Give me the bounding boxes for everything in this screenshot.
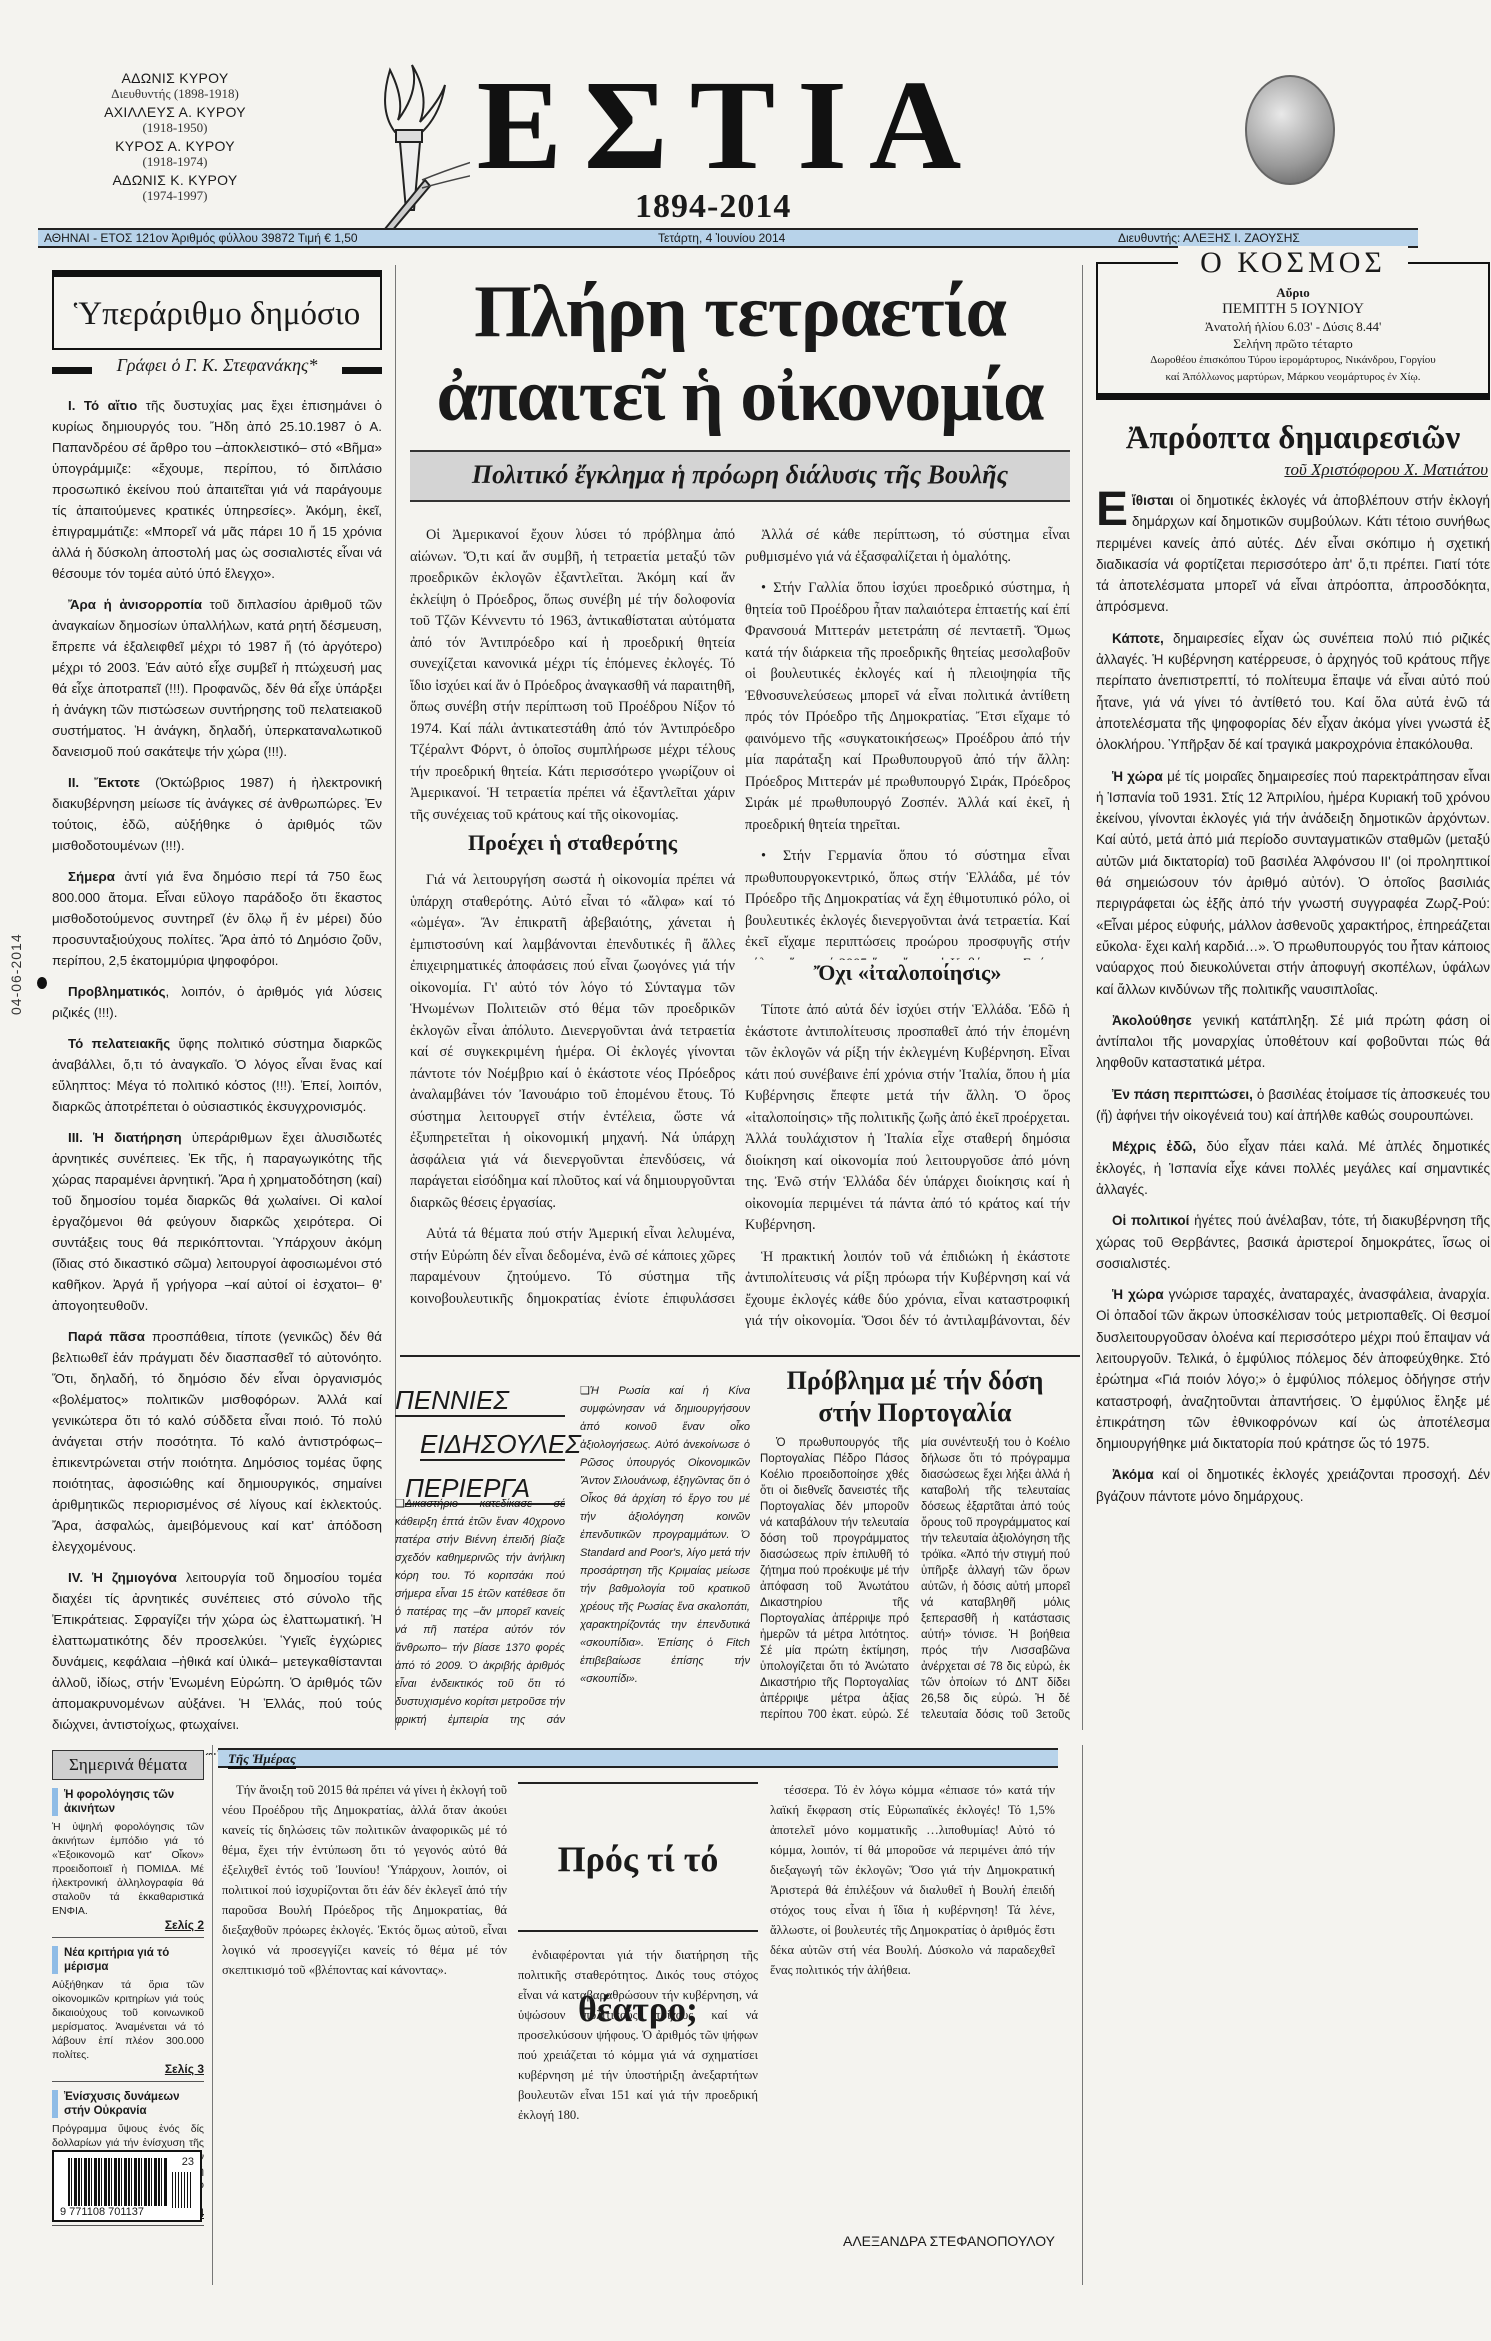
pennies-item-2: Ἡ Ρωσία καί ἡ Κίνα συμφώνησαν νά δημιουρ… bbox=[580, 1382, 750, 1732]
cosmos-line: καί Ἀπόλλωνος μαρτύρων, Μάρκου νεομάρτυρ… bbox=[1098, 369, 1488, 386]
paragraph: Ἡ πρακτική λοιπόν τοῦ νά ἐπιδιώκη ἡ ἑκάσ… bbox=[745, 1247, 1070, 1336]
paragraph: Παρά πᾶσα προσπάθεια, τίποτε (γενικῶς) δ… bbox=[52, 1326, 382, 1557]
barcode-bars-icon bbox=[68, 2158, 168, 2206]
founder-role: (1974-1997) bbox=[60, 188, 290, 204]
topic-item[interactable]: Ἡ φορολόγησις τῶν ἀκινήτων Ἡ ὑψηλή φορολ… bbox=[52, 1788, 204, 1938]
lead-col2: Ἀλλά σέ κάθε περίπτωση, τό σύστημα εἶναι… bbox=[745, 525, 1070, 960]
paragraph: Ἡ χώρα μέ τίς μοιραῖες δημαιρεσίες πού π… bbox=[1096, 766, 1490, 1000]
cosmos-line: Δωροθέου ἐπισκόπου Τύρου ἱερομάρτυρος, Ν… bbox=[1098, 352, 1488, 369]
issue-info: ΑΘΗΝΑΙ - ΕΤΟΣ 121ον Ἀριθμός φύλλου 39872… bbox=[44, 230, 358, 246]
lead-col2b: Τίποτε ἀπό αὐτά δέν ἰσχύει στήν Ἑλλάδα. … bbox=[745, 1000, 1070, 1335]
portugal-headline: Πρόβλημα μέ τήν δόση στήν Πορτογαλία bbox=[760, 1365, 1070, 1429]
paragraph: Οἱ Ἀμερικανοί ἔχουν λύσει τό πρόβλημα ἀπ… bbox=[410, 525, 735, 826]
column-divider bbox=[1082, 1745, 1083, 2285]
lead-col1b: Γιά νά λειτουργήση σωστά ἡ οἰκονομία πρέ… bbox=[410, 870, 735, 1310]
cosmos-line: ΠΕΜΠΤΗ 5 ΙΟΥΝΙΟΥ bbox=[1098, 301, 1488, 318]
paragraph: Ἀκολούθησε γενική κατάπληξη. Σέ μιά πρώτ… bbox=[1096, 1010, 1490, 1074]
founder-name: ΚΥΡΟΣ Α. ΚΥΡΟΥ bbox=[60, 138, 290, 154]
tis-imeras-bar: Τῆς Ἡμέρας bbox=[218, 1748, 1058, 1768]
founder-name: ΑΔΩΝΙΣ Κ. ΚΥΡΟΥ bbox=[60, 172, 290, 188]
lead-subheadline: Πολιτικό ἔγκλημα ἡ πρόωρη διάλυσις τῆς Β… bbox=[410, 450, 1070, 502]
paragraph: Ἐν πάση περιπτώσει, ὁ βασιλέας ἑτοίμασε … bbox=[1096, 1084, 1490, 1127]
founder-name: ΑΧΙΛΛΕΥΣ Α. ΚΥΡΟΥ bbox=[60, 104, 290, 120]
opinion-title-box: Ὑπεράριθμο δημόσιο bbox=[52, 270, 382, 350]
newspaper-title: ΕΣΤΙΑ bbox=[410, 60, 1050, 190]
paragraph: II. Ἔκτοτε (Ὀκτώβριος 1987) ἡ ἠλεκτρονικ… bbox=[52, 772, 382, 856]
paragraph: Γιά νά λειτουργήση σωστά ἡ οἰκονομία πρέ… bbox=[410, 870, 735, 1214]
right-article-byline: τοῦ Χριστόφορου Χ. Ματιάτου bbox=[1170, 460, 1488, 480]
byline-bar-right bbox=[342, 367, 382, 374]
portugal-body: Ὁ πρωθυπουργός τῆς Πορτογαλίας Πέδρο Πάσ… bbox=[760, 1435, 1070, 1730]
barcode-addon-icon bbox=[172, 2172, 192, 2208]
masthead-info-bar: ΑΘΗΝΑΙ - ΕΤΟΣ 121ον Ἀριθμός φύλλου 39872… bbox=[38, 228, 1418, 248]
paragraph: Εἴθισται οἱ δημοτικές ἐκλογές νά ἀποβλέπ… bbox=[1096, 490, 1490, 618]
paragraph: Αὐτά τά θέματα πού στήν Ἀμερική εἶναι λε… bbox=[410, 1224, 735, 1310]
paragraph: Ἡ χώρα γνώρισε ταραχές, ἀναταραχές, ἀνασ… bbox=[1096, 1284, 1490, 1454]
tis-imeras-headline-box: Πρός τί τό θέατρο; bbox=[518, 1782, 758, 1932]
cosmos-line: Ἀνατολή ἡλίου 6.03' - Δύσις 8.44' bbox=[1098, 318, 1488, 335]
todays-topics-header: Σημερινά θέματα bbox=[52, 1750, 204, 1780]
right-article-title: Ἀπρόοπτα δημαιρεσιῶν bbox=[1096, 420, 1490, 457]
tis-imeras-label: Τῆς Ἡμέρας bbox=[228, 1751, 296, 1769]
opinion-author: Γράφει ὁ Γ. Κ. Στεφανάκης* bbox=[117, 355, 318, 375]
tis-imeras-signature: ΑΛΕΞΑΝΔΡΑ ΣΤΕΦΑΝΟΠΟΥΛΟΥ bbox=[775, 2233, 1055, 2249]
paragraph: IV. Ἡ ζημιογόνα λειτουργία τοῦ δημοσίου … bbox=[52, 1567, 382, 1735]
founder-name: ΑΔΩΝΙΣ ΚΥΡΟΥ bbox=[60, 70, 290, 86]
barcode: 9 771108 701137 23 bbox=[52, 2150, 202, 2222]
founder-role: (1918-1950) bbox=[60, 120, 290, 136]
page-reference[interactable]: Σελίς 3 bbox=[52, 2062, 204, 2076]
paragraph: Μέχρις ἐδῶ, δύο εἶχαν πάει καλά. Μέ ἁπλέ… bbox=[1096, 1136, 1490, 1200]
paragraph: Ἀλλά σέ κάθε περίπτωση, τό σύστημα εἶναι… bbox=[745, 525, 1070, 568]
issue-date: Τετάρτη, 4 Ἰουνίου 2014 bbox=[658, 230, 785, 246]
paragraph: III. Ἡ διατήρηση ὑπεράριθμων ἔχει ἀλυσιδ… bbox=[52, 1127, 382, 1316]
paragraph: Ἀκόμα καί οἱ δημοτικές ἐκλογές χρειάζοντ… bbox=[1096, 1464, 1490, 1507]
drop-cap: Ε bbox=[1096, 490, 1128, 530]
cosmos-line: Σελήνη πρῶτο τέταρτο bbox=[1098, 335, 1488, 352]
paragraph: Σήμερα ἀντί γιά ἕνα δημόσιο περί τά 750 … bbox=[52, 866, 382, 971]
founder-role: Διευθυντής (1898-1918) bbox=[60, 86, 290, 102]
column-divider bbox=[212, 1745, 213, 2285]
lead-col1: Οἱ Ἀμερικανοί ἔχουν λύσει τό πρόβλημα ἀπ… bbox=[410, 525, 735, 830]
bullet-dot bbox=[37, 977, 47, 989]
ancient-coin-icon bbox=[1245, 75, 1335, 185]
paragraph: • Στήν Γαλλία ὅπου ἰσχύει προεδρικό σύστ… bbox=[745, 578, 1070, 836]
paragraph: Οἱ πολιτικοί ἡγέτες πού ἀνέλαβαν, τότε, … bbox=[1096, 1210, 1490, 1274]
cosmos-title: Ο ΚΟΣΜΟΣ bbox=[1178, 246, 1408, 280]
masthead-logo: ΕΣΤΙΑ 1894-2014 bbox=[410, 60, 1050, 200]
section-heading: Ὄχι «ἰταλοποίησις» bbox=[745, 960, 1070, 986]
horizontal-rule bbox=[400, 1355, 1080, 1357]
cosmos-almanac-box: Ο ΚΟΣΜΟΣ Αὔριο ΠΕΜΠΤΗ 5 ΙΟΥΝΙΟΥ Ἀνατολή … bbox=[1096, 262, 1490, 400]
founder-role: (1918-1974) bbox=[60, 154, 290, 170]
opinion-byline: Γράφει ὁ Γ. Κ. Στεφανάκης* bbox=[52, 355, 382, 376]
page-reference[interactable]: Σελίς 2 bbox=[52, 1918, 204, 1932]
paragraph: Τίποτε ἀπό αὐτά δέν ἰσχύει στήν Ἑλλάδα. … bbox=[745, 1000, 1070, 1237]
tis-imeras-col4: τέσσερα. Τό ἐν λόγω κόμμα «ἐπιασε τό» κα… bbox=[770, 1780, 1055, 2185]
byline-bar-left bbox=[52, 367, 92, 374]
newspaper-front-page: ΑΔΩΝΙΣ ΚΥΡΟΥ Διευθυντής (1898-1918) ΑΧΙΛ… bbox=[0, 0, 1491, 2341]
opinion-title: Ὑπεράριθμο δημόσιο bbox=[54, 277, 380, 351]
paragraph: Ἄρα ἡ ἀνισορροπία τοῦ διπλασίου ἀριθμοῦ … bbox=[52, 594, 382, 762]
paragraph: Κάποτε, δημαιρεσίες εἶχαν ὡς συνέπεια πο… bbox=[1096, 628, 1490, 756]
cosmos-line: Αὔριο bbox=[1098, 284, 1488, 301]
right-article-body: Εἴθισται οἱ δημοτικές ἐκλογές νά ἀποβλέπ… bbox=[1096, 490, 1490, 2330]
editor-info: Διευθυντής: ΑΛΕΞΗΣ Ι. ΖΑΟΥΣΗΣ bbox=[1118, 230, 1300, 246]
pennies-item-1: Δικαστήριο κατεδίκασε σέ κάθειρξη ἑπτά ἐ… bbox=[395, 1495, 565, 1730]
anniversary-years: 1894-2014 bbox=[635, 188, 791, 226]
paragraph: I. Τό αἴτιο τῆς δυστυχίας μας ἔχει ἐπιση… bbox=[52, 395, 382, 584]
section-heading: Προέχει ἡ σταθερότης bbox=[410, 830, 735, 856]
tis-imeras-col2: ἐνδιαφέρονται γιά τήν διατήρηση τῆς πολι… bbox=[518, 1945, 758, 2260]
topic-item[interactable]: Νέα κριτήρια γιά τό μέρισμα Αὐξήθηκαν τά… bbox=[52, 1946, 204, 2082]
lead-headline: Πλήρη τετραετία ἀπαιτεῖ ἡ οἰκονομία bbox=[420, 270, 1060, 438]
paragraph: • Στήν Γερμανία ὅπου τό σύστημα εἶναι πρ… bbox=[745, 846, 1070, 960]
side-date-stamp: 04-06-2014 bbox=[8, 933, 24, 1015]
paragraph: Τό πελατειακῆς ὕφης πολιτικό σύστημα δια… bbox=[52, 1033, 382, 1117]
paragraph: Προβληματικός, λοιπόν, ὁ ἀριθμός γιά λύσ… bbox=[52, 981, 382, 1023]
tis-imeras-col1: Τήν ἄνοιξη τοῦ 2015 θά πρέπει νά γίνει ἡ… bbox=[222, 1780, 507, 2260]
founders-list: ΑΔΩΝΙΣ ΚΥΡΟΥ Διευθυντής (1898-1918) ΑΧΙΛ… bbox=[60, 70, 290, 206]
opinion-body: I. Τό αἴτιο τῆς δυστυχίας μας ἔχει ἐπιση… bbox=[52, 395, 382, 1755]
column-divider bbox=[1082, 265, 1083, 1730]
